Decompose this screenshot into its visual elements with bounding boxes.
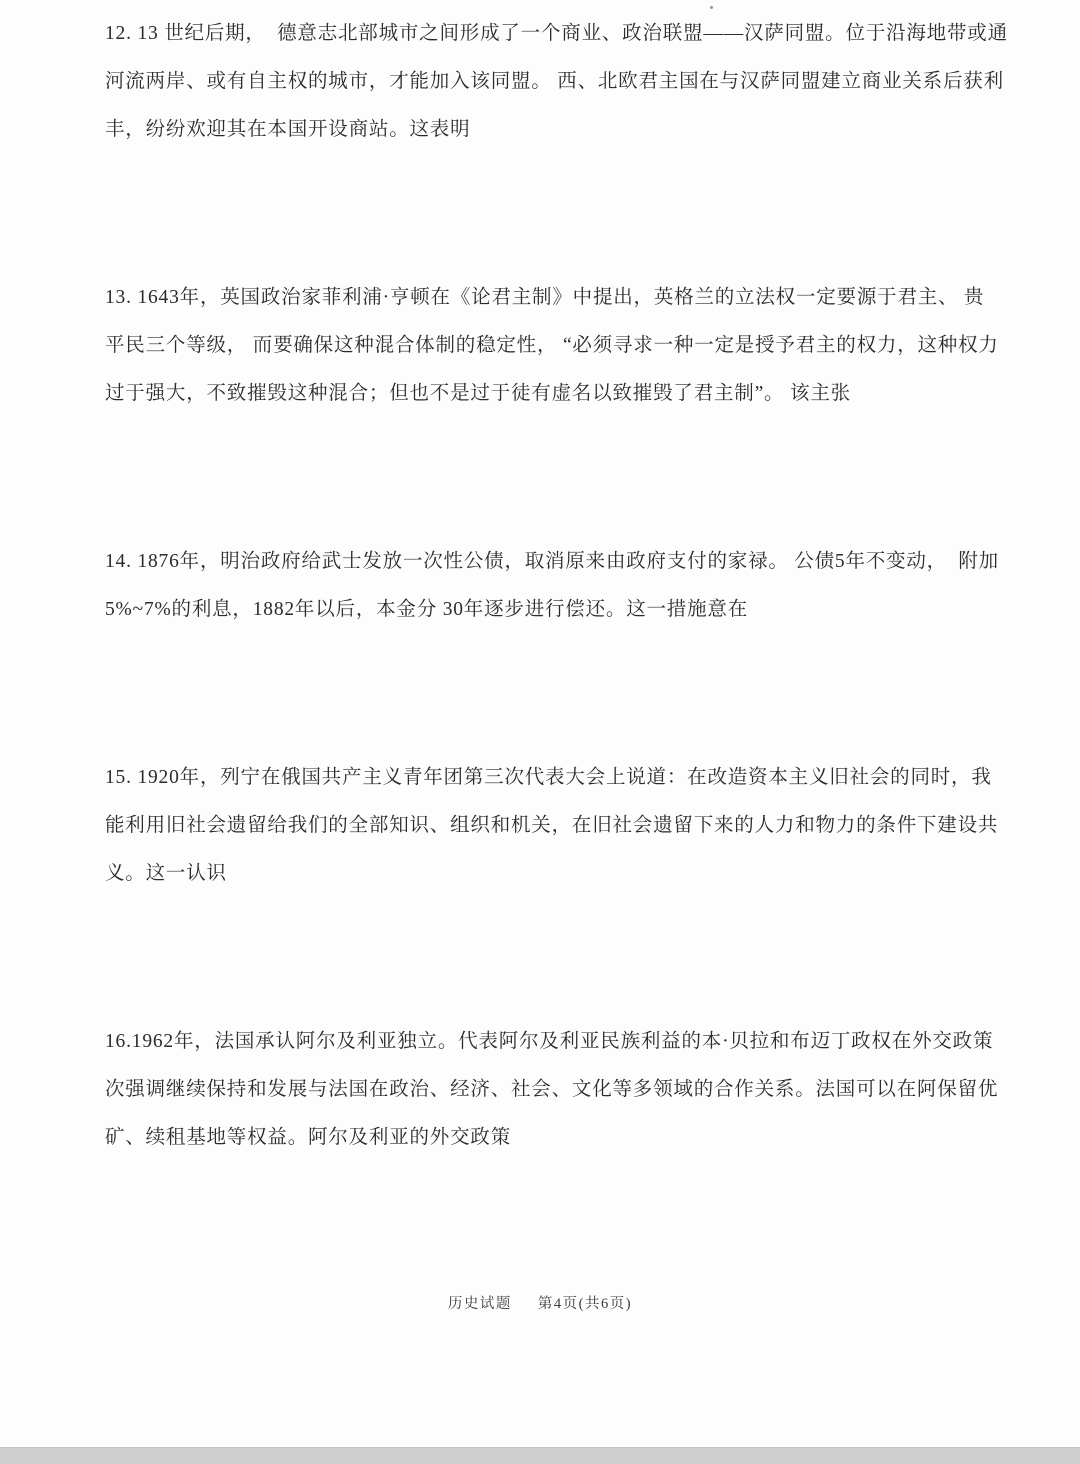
question-16: 16.1962年，法国承认阿尔及利亚独立。代表阿尔及利亚民族利益的本·贝拉和布迈… <box>105 1018 1010 1268</box>
question-16-stem: 16.1962年，法国承认阿尔及利亚独立。代表阿尔及利亚民族利益的本·贝拉和布迈… <box>105 1018 1010 1162</box>
question-14-stem: 14. 1876年，明治政府给武士发放一次性公债，取消原来由政府支付的家禄。 公… <box>105 538 1010 634</box>
scan-speck <box>710 6 713 9</box>
option-15-a: A.推动了经济与政治形势的好转 <box>163 904 587 954</box>
option-12-b: B.重商主义催生城市自治 <box>587 160 892 210</box>
option-row: A.否认了议会掌握立法权的资格 B.加速了资产阶级革命的爆发 <box>105 424 1010 474</box>
option-13-a: A.否认了议会掌握立法权的资格 <box>163 424 587 474</box>
question-13: 13. 1643年，英国政治家菲利浦·亨顿在《论君主制》中提出，英格兰的立法权一… <box>105 274 1010 524</box>
stem-line: 14. 1876年，明治政府给武士发放一次性公债，取消原来由政府支付的家禄。 公… <box>105 538 1010 586</box>
option-13-c: C.论证了保留政治传统的合理性 <box>163 474 587 524</box>
stem-line: 过于强大，不致摧毁这种混合；但也不是过于徒有虚名以致摧毁了君主制”。 该主张 <box>105 370 1010 418</box>
question-12-stem: 12. 13 世纪后期， 德意志北部城市之间形成了一个商业、政治联盟——汉萨同盟… <box>105 10 1010 154</box>
option-row: A.推动了经济与政治形势的好转 B.丰富了列宁主义的内涵 <box>105 904 1010 954</box>
stem-line: 义。这一认识 <box>105 850 1010 898</box>
option-14-c: C.完善货币金融体系 <box>163 690 587 740</box>
stem-line: 13. 1643年，英国政治家菲利浦·亨顿在《论君主制》中提出，英格兰的立法权一… <box>105 274 1010 322</box>
option-16-a: A.违背了不结盟运动宗旨 <box>163 1168 587 1218</box>
question-16-options: A.违背了不结盟运动宗旨 B.体现了殖民主义的历史影响 C.并未真正实现独立自主… <box>105 1168 1010 1268</box>
option-row: A.减轻政府财政压力 B.推动倒幕运动进程 <box>105 640 1010 690</box>
stem-line: 能利用旧社会遗留给我们的全部知识、组织和机关，在旧社会遗留下来的人力和物力的条件… <box>105 802 1010 850</box>
option-16-c: C.并未真正实现独立自主 <box>163 1218 587 1268</box>
stem-line: 16.1962年，法国承认阿尔及利亚独立。代表阿尔及利亚民族利益的本·贝拉和布迈… <box>105 1018 1010 1066</box>
question-15-options: A.推动了经济与政治形势的好转 B.丰富了列宁主义的内涵 C.促进了向社会主义的… <box>105 904 1010 1004</box>
question-13-options: A.否认了议会掌握立法权的资格 B.加速了资产阶级革命的爆发 C.论证了保留政治… <box>105 424 1010 524</box>
option-12-a: A.德意志主导北大西洋的贸易 <box>163 160 587 210</box>
option-15-c: C.促进了向社会主义的直接过渡 <box>163 954 587 1004</box>
stem-line: 平民三个等级， 而要确保这种混合体制的稳定性， “必须寻求一种一定是授予君主的权… <box>105 322 1010 370</box>
stem-line: 5%~7%的利息，1882年以后，本金分 30年逐步进行偿还。这一措施意在 <box>105 586 1010 634</box>
footer-doc-label: 历史试题 <box>448 1296 512 1312</box>
page-footer: 历史试题第4页(共6页) <box>0 1292 1080 1313</box>
option-row: C.论证了保留政治传统的合理性 D.体现了三权分立的政治学说 <box>105 474 1010 524</box>
footer-page-number: 第4页(共6页) <box>538 1296 632 1312</box>
option-12-c: C.商人阶层崛起影响历史进程 <box>163 210 587 260</box>
stem-line: 矿、续租基地等权益。阿尔及利亚的外交政策 <box>105 1114 1010 1162</box>
option-row: C.并未真正实现独立自主 D.说明非洲民族意识尚未觉醒 <box>105 1218 1010 1268</box>
option-row: A.德意志主导北大西洋的贸易 B.重商主义催生城市自治 <box>105 160 1010 210</box>
question-13-stem: 13. 1643年，英国政治家菲利浦·亨顿在《论君主制》中提出，英格兰的立法权一… <box>105 274 1010 418</box>
stem-line: 次强调继续保持和发展与法国在政治、经济、社会、文化等多领域的合作关系。法国可以在… <box>105 1066 1010 1114</box>
stem-line: 12. 13 世纪后期， 德意志北部城市之间形成了一个商业、政治联盟——汉萨同盟… <box>105 10 1010 58</box>
option-16-d: D.说明非洲民族意识尚未觉醒 <box>587 1218 933 1268</box>
exam-page: 12. 13 世纪后期， 德意志北部城市之间形成了一个商业、政治联盟——汉萨同盟… <box>0 0 1080 1464</box>
option-13-d: D.体现了三权分立的政治学说 <box>587 474 933 524</box>
option-12-d: D.资本主义经济发展迅速 <box>587 210 893 260</box>
question-15: 15. 1920年，列宁在俄国共产主义青年团第三次代表大会上说道：在改造资本主义… <box>105 754 1010 1004</box>
question-14-options: A.减轻政府财政压力 B.推动倒幕运动进程 C.完善货币金融体系 D.维护武士经… <box>105 640 1010 740</box>
exam-content: 12. 13 世纪后期， 德意志北部城市之间形成了一个商业、政治联盟——汉萨同盟… <box>105 10 1010 1282</box>
question-15-stem: 15. 1920年，列宁在俄国共产主义青年团第三次代表大会上说道：在改造资本主义… <box>105 754 1010 898</box>
option-14-b: B.推动倒幕运动进程 <box>587 640 851 690</box>
stem-line: 15. 1920年，列宁在俄国共产主义青年团第三次代表大会上说道：在改造资本主义… <box>105 754 1010 802</box>
question-12-options: A.德意志主导北大西洋的贸易 B.重商主义催生城市自治 C.商人阶层崛起影响历史… <box>105 160 1010 260</box>
option-15-d: D.加速了苏联模式的形成 <box>587 954 893 1004</box>
option-row: C.完善货币金融体系 D.维护武士经济特权 <box>105 690 1010 740</box>
scan-edge-band <box>0 1447 1080 1464</box>
question-14: 14. 1876年，明治政府给武士发放一次性公债，取消原来由政府支付的家禄。 公… <box>105 538 1010 740</box>
stem-line: 河流两岸、或有自主权的城市，才能加入该同盟。 西、北欧君主国在与汉萨同盟建立商业… <box>105 58 1010 106</box>
option-row: A.违背了不结盟运动宗旨 B.体现了殖民主义的历史影响 <box>105 1168 1010 1218</box>
question-12: 12. 13 世纪后期， 德意志北部城市之间形成了一个商业、政治联盟——汉萨同盟… <box>105 10 1010 260</box>
stem-line: 丰，纷纷欢迎其在本国开设商站。这表明 <box>105 106 1010 154</box>
option-14-a: A.减轻政府财政压力 <box>163 640 587 690</box>
option-row: C.商人阶层崛起影响历史进程 D.资本主义经济发展迅速 <box>105 210 1010 260</box>
option-15-b: B.丰富了列宁主义的内涵 <box>587 904 892 954</box>
option-row: C.促进了向社会主义的直接过渡 D.加速了苏联模式的形成 <box>105 954 1010 1004</box>
option-14-d: D.维护武士经济特权 <box>587 690 852 740</box>
option-16-b: B.体现了殖民主义的历史影响 <box>587 1168 932 1218</box>
option-13-b: B.加速了资产阶级革命的爆发 <box>587 424 932 474</box>
